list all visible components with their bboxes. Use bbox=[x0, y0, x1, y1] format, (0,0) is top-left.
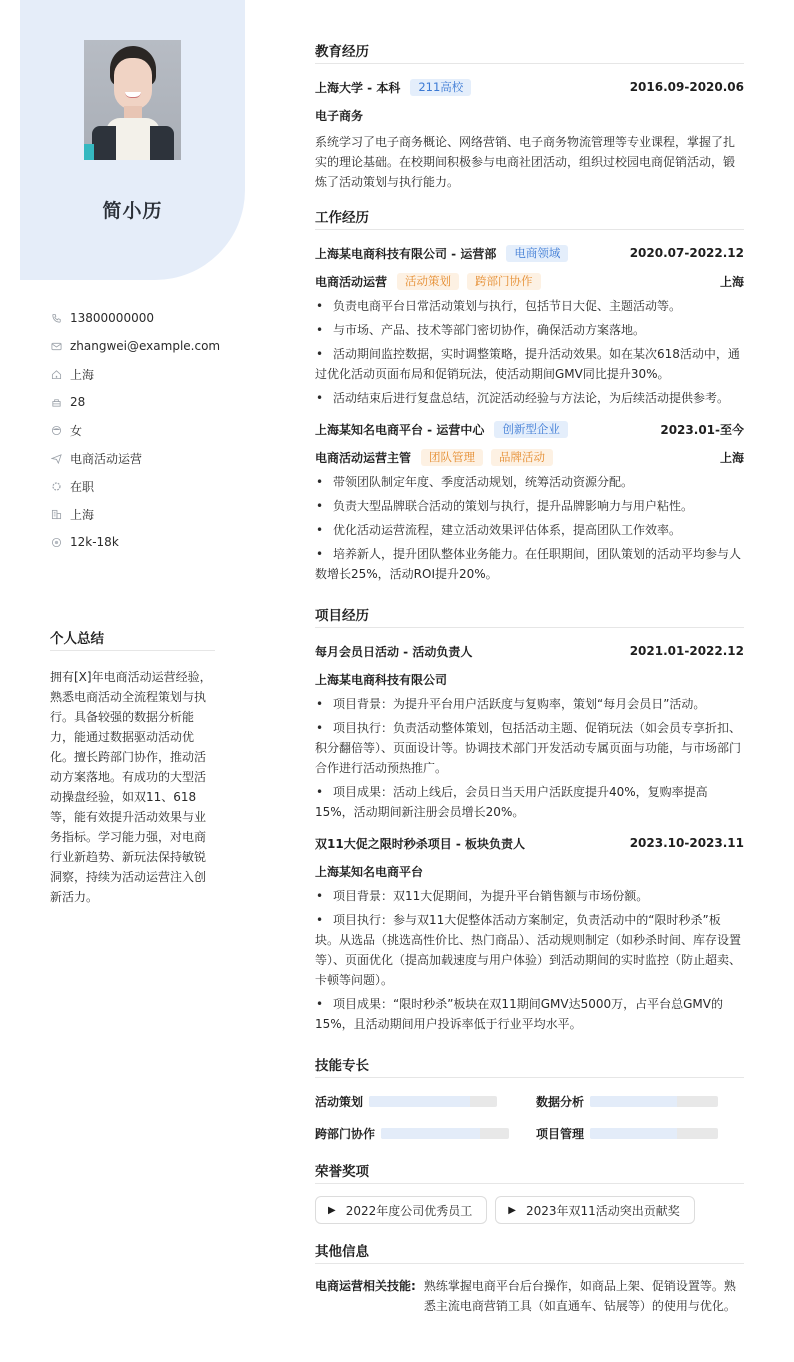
project-date: 2021.01-2022.12 bbox=[630, 644, 744, 658]
contact-job-target: 电商活动运营 bbox=[50, 444, 240, 472]
main-content: 教育经历 上海大学 - 本科 211高校 2016.09-2020.06 电子商… bbox=[315, 40, 744, 1330]
work-title: 工作经历 bbox=[315, 206, 744, 230]
work-role: 电商活动运营主管 bbox=[315, 449, 411, 466]
skill-bar-fill bbox=[369, 1096, 470, 1107]
awards-section: 荣誉奖项 ▶ 2022年度公司优秀员工 ▶ 2023年双11活动突出贡献奖 bbox=[315, 1160, 744, 1224]
contact-email: zhangwei@example.com bbox=[50, 332, 240, 360]
contact-city: 上海 bbox=[50, 500, 240, 528]
list-item: •负责大型品牌联合活动的策划与执行，提升品牌影响力与用户粘性。 bbox=[315, 496, 744, 516]
other-title: 其他信息 bbox=[315, 1240, 744, 1264]
work-date: 2020.07-2022.12 bbox=[630, 246, 744, 260]
work-entry-header: 上海某电商科技有限公司 - 运营部 电商领域 2020.07-2022.12 bbox=[315, 242, 744, 264]
skills-title: 技能专长 bbox=[315, 1054, 744, 1078]
skill-bar bbox=[381, 1128, 509, 1139]
education-description: 系统学习了电子商务概论、网络营销、电子商务物流管理等专业课程，掌握了扎实的理论基… bbox=[315, 132, 744, 192]
list-item: •项目成果：“限时秒杀”板块在双11期间GMV达5000万，占平台总GMV的15… bbox=[315, 994, 744, 1034]
work-location: 上海 bbox=[720, 273, 744, 290]
skills-section: 技能专长 活动策划 数据分析 跨部门协作 项目管理 bbox=[315, 1054, 744, 1144]
skill-bar bbox=[369, 1096, 497, 1107]
skill-item: 跨部门协作 bbox=[315, 1122, 536, 1144]
project-company-row: 上海某电商科技有限公司 bbox=[315, 668, 744, 690]
profile-photo bbox=[84, 40, 181, 160]
work-entry-header: 上海某知名电商平台 - 运营中心 创新型企业 2023.01-至今 bbox=[315, 418, 744, 440]
education-title: 教育经历 bbox=[315, 40, 744, 64]
mail-icon bbox=[50, 340, 62, 352]
education-header-row: 上海大学 - 本科 211高校 2016.09-2020.06 bbox=[315, 76, 744, 98]
education-tag: 211高校 bbox=[410, 79, 471, 96]
contact-salary: 12k-18k bbox=[50, 528, 240, 556]
other-row: 电商运营相关技能: 熟练掌握电商平台后台操作，如商品上架、促销设置等。熟悉主流电… bbox=[315, 1276, 744, 1316]
skill-bar-fill bbox=[590, 1096, 677, 1107]
work-role-tag: 品牌活动 bbox=[491, 449, 553, 466]
work-company-tag: 创新型企业 bbox=[494, 421, 568, 438]
work-company-tag: 电商领域 bbox=[506, 245, 568, 262]
cake-icon bbox=[50, 396, 62, 408]
project-name: 双11大促之限时秒杀项目 - 板块负责人 bbox=[315, 835, 525, 852]
project-bullets: •项目背景：为提升平台用户活跃度与复购率，策划“每月会员日”活动。 •项目执行：… bbox=[315, 694, 744, 822]
work-bullets: •负责电商平台日常活动策划与执行，包括节日大促、主题活动等。 •与市场、产品、技… bbox=[315, 296, 744, 408]
list-item: •培养新人，提升团队整体业务能力。在任职期间，团队策划的活动平均参与人数增长25… bbox=[315, 544, 744, 584]
project-company: 上海某电商科技有限公司 bbox=[315, 671, 447, 688]
list-item: •项目执行：负责活动整体策划，包括活动主题、促销玩法（如会员专享折扣、积分翻倍等… bbox=[315, 718, 744, 778]
award-label: 2023年双11活动突出贡献奖 bbox=[526, 1202, 680, 1219]
work-role-tag: 跨部门协作 bbox=[467, 273, 541, 290]
photo-face bbox=[114, 58, 152, 110]
contact-age-value: 28 bbox=[70, 395, 85, 409]
profile-name: 简小历 bbox=[20, 196, 245, 223]
list-item: •活动期间监控数据，实时调整策略，提升活动效果。如在某次618活动中，通过优化活… bbox=[315, 344, 744, 384]
work-role: 电商活动运营 bbox=[315, 273, 387, 290]
skill-item: 项目管理 bbox=[536, 1122, 744, 1144]
contact-phone-value: 13800000000 bbox=[70, 311, 154, 325]
triangle-right-icon: ▶ bbox=[508, 1205, 516, 1216]
paper-plane-icon bbox=[50, 452, 62, 464]
education-school: 上海大学 - 本科 bbox=[315, 79, 400, 96]
project-header: 每月会员日活动 - 活动负责人 2021.01-2022.12 bbox=[315, 640, 744, 662]
education-section: 教育经历 上海大学 - 本科 211高校 2016.09-2020.06 电子商… bbox=[315, 40, 744, 192]
skill-label: 项目管理 bbox=[536, 1125, 584, 1142]
home-icon bbox=[50, 368, 62, 380]
photo-vest-left bbox=[92, 126, 116, 160]
list-item: •优化活动运营流程，建立活动效果评估体系，提高团队工作效率。 bbox=[315, 520, 744, 540]
contact-gender-value: 女 bbox=[70, 422, 82, 439]
list-item: •项目成果：活动上线后，会员日当天用户活跃度提升40%，复购率提高15%，活动期… bbox=[315, 782, 744, 822]
contact-list: 13800000000 zhangwei@example.com 上海 28 女… bbox=[50, 304, 240, 556]
photo-accent bbox=[84, 144, 94, 160]
projects-title: 项目经历 bbox=[315, 604, 744, 628]
projects-section: 项目经历 每月会员日活动 - 活动负责人 2021.01-2022.12 上海某… bbox=[315, 604, 744, 1034]
summary-section: 个人总结 拥有[X]年电商活动运营经验，熟悉电商活动全流程策划与执行。具备较强的… bbox=[50, 627, 215, 907]
contact-address-value: 上海 bbox=[70, 366, 94, 383]
contact-job-target-value: 电商活动运营 bbox=[70, 450, 142, 467]
skill-bar bbox=[590, 1128, 718, 1139]
work-role-row: 电商活动运营 活动策划 跨部门协作 上海 bbox=[315, 270, 744, 292]
summary-text: 拥有[X]年电商活动运营经验，熟悉电商活动全流程策划与执行。具备较强的数据分析能… bbox=[50, 667, 215, 907]
status-icon bbox=[50, 480, 62, 492]
skill-bar bbox=[590, 1096, 718, 1107]
list-item: •项目背景：为提升平台用户活跃度与复购率，策划“每月会员日”活动。 bbox=[315, 694, 744, 714]
work-date: 2023.01-至今 bbox=[660, 421, 744, 438]
contact-gender: 女 bbox=[50, 416, 240, 444]
other-section: 其他信息 电商运营相关技能: 熟练掌握电商平台后台操作，如商品上架、促销设置等。… bbox=[315, 1240, 744, 1316]
work-section: 工作经历 上海某电商科技有限公司 - 运营部 电商领域 2020.07-2022… bbox=[315, 206, 744, 584]
triangle-right-icon: ▶ bbox=[328, 1205, 336, 1216]
skill-label: 数据分析 bbox=[536, 1093, 584, 1110]
contact-age: 28 bbox=[50, 388, 240, 416]
skill-bar-fill bbox=[381, 1128, 480, 1139]
list-item: •活动结束后进行复盘总结，沉淀活动经验与方法论，为后续活动提供参考。 bbox=[315, 388, 744, 408]
project-date: 2023.10-2023.11 bbox=[630, 836, 744, 850]
phone-icon bbox=[50, 312, 62, 324]
work-bullets: •带领团队制定年度、季度活动规划，统筹活动资源分配。 •负责大型品牌联合活动的策… bbox=[315, 472, 744, 584]
awards-title: 荣誉奖项 bbox=[315, 1160, 744, 1184]
project-header: 双11大促之限时秒杀项目 - 板块负责人 2023.10-2023.11 bbox=[315, 832, 744, 854]
work-company: 上海某电商科技有限公司 - 运营部 bbox=[315, 245, 496, 262]
summary-title: 个人总结 bbox=[50, 627, 215, 651]
work-role-row: 电商活动运营主管 团队管理 品牌活动 上海 bbox=[315, 446, 744, 468]
work-entry: 上海某知名电商平台 - 运营中心 创新型企业 2023.01-至今 电商活动运营… bbox=[315, 418, 744, 584]
project-bullets: •项目背景：双11大促期间，为提升平台销售额与市场份额。 •项目执行：参与双11… bbox=[315, 886, 744, 1034]
list-item: •与市场、产品、技术等部门密切协作，确保活动方案落地。 bbox=[315, 320, 744, 340]
project-entry: 每月会员日活动 - 活动负责人 2021.01-2022.12 上海某电商科技有… bbox=[315, 640, 744, 822]
other-value: 熟练掌握电商平台后台操作，如商品上架、促销设置等。熟悉主流电商营销工具（如直通车… bbox=[416, 1276, 744, 1316]
contact-status: 在职 bbox=[50, 472, 240, 500]
skill-label: 跨部门协作 bbox=[315, 1125, 375, 1142]
skill-label: 活动策划 bbox=[315, 1093, 363, 1110]
contact-address: 上海 bbox=[50, 360, 240, 388]
work-location: 上海 bbox=[720, 449, 744, 466]
list-item: •带领团队制定年度、季度活动规划，统筹活动资源分配。 bbox=[315, 472, 744, 492]
award-chip[interactable]: ▶ 2022年度公司优秀员工 bbox=[315, 1196, 487, 1224]
contact-salary-value: 12k-18k bbox=[70, 535, 119, 549]
list-item: •负责电商平台日常活动策划与执行，包括节日大促、主题活动等。 bbox=[315, 296, 744, 316]
building-icon bbox=[50, 508, 62, 520]
project-company-row: 上海某知名电商平台 bbox=[315, 860, 744, 882]
contact-phone: 13800000000 bbox=[50, 304, 240, 332]
photo-vest-right bbox=[150, 126, 174, 160]
contact-city-value: 上海 bbox=[70, 506, 94, 523]
education-date: 2016.09-2020.06 bbox=[630, 80, 744, 94]
work-role-tag: 活动策划 bbox=[397, 273, 459, 290]
salary-icon bbox=[50, 536, 62, 548]
list-item: •项目执行：参与双11大促整体活动方案制定，负责活动中的“限时秒杀”板块。从选品… bbox=[315, 910, 744, 990]
project-name: 每月会员日活动 - 活动负责人 bbox=[315, 643, 472, 660]
gender-icon bbox=[50, 424, 62, 436]
skill-item: 数据分析 bbox=[536, 1090, 744, 1112]
list-item: •项目背景：双11大促期间，为提升平台销售额与市场份额。 bbox=[315, 886, 744, 906]
award-chip[interactable]: ▶ 2023年双11活动突出贡献奖 bbox=[495, 1196, 695, 1224]
project-entry: 双11大促之限时秒杀项目 - 板块负责人 2023.10-2023.11 上海某… bbox=[315, 832, 744, 1034]
work-company: 上海某知名电商平台 - 运营中心 bbox=[315, 421, 484, 438]
project-company: 上海某知名电商平台 bbox=[315, 863, 423, 880]
contact-status-value: 在职 bbox=[70, 478, 94, 495]
contact-email-value: zhangwei@example.com bbox=[70, 339, 220, 353]
education-major: 电子商务 bbox=[315, 107, 363, 124]
skills-grid: 活动策划 数据分析 跨部门协作 项目管理 bbox=[315, 1090, 744, 1144]
work-entry: 上海某电商科技有限公司 - 运营部 电商领域 2020.07-2022.12 电… bbox=[315, 242, 744, 408]
award-label: 2022年度公司优秀员工 bbox=[346, 1202, 473, 1219]
skill-item: 活动策划 bbox=[315, 1090, 536, 1112]
work-role-tag: 团队管理 bbox=[421, 449, 483, 466]
skill-bar-fill bbox=[590, 1128, 677, 1139]
awards-list: ▶ 2022年度公司优秀员工 ▶ 2023年双11活动突出贡献奖 bbox=[315, 1196, 744, 1224]
other-key: 电商运营相关技能: bbox=[315, 1276, 416, 1316]
education-major-row: 电子商务 bbox=[315, 104, 744, 126]
